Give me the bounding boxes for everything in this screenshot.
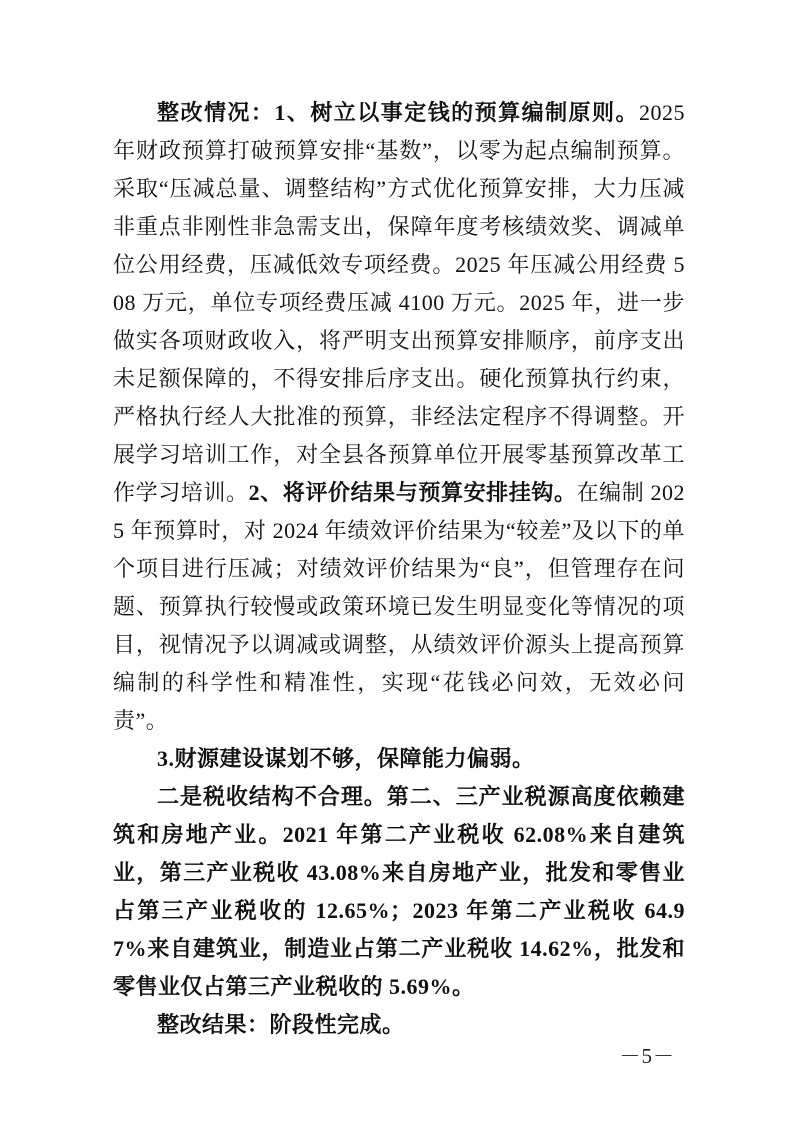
text-run-bold: 整改情况：1、树立以事定钱的预算编制原则。 [157,100,639,125]
text-run-bold: 整改结果：阶段性完成。 [157,1012,405,1037]
paragraph: 整改结果：阶段性完成。 [113,1006,685,1044]
text-run-bold: 2、将评价结果与预算安排挂钩。 [249,480,577,505]
paragraph: 3.财源建设谋划不够，保障能力偏弱。 [113,740,685,778]
text-run-bold: 二是税收结构不合理。第二、三产业税源高度依赖建筑和房地产业。2021 年第二产业… [113,784,685,999]
document-page: 整改情况：1、树立以事定钱的预算编制原则。2025 年财政预算打破预算安排“基数… [0,0,793,1122]
text-run: 2025 年财政预算打破预算安排“基数”，以零为起点编制预算。采取“压减总量、调… [113,100,685,505]
text-run: 在编制 2025 年预算时，对 2024 年绩效评价结果为“较差”及以下的单个项… [113,480,685,733]
paragraph: 二是税收结构不合理。第二、三产业税源高度依赖建筑和房地产业。2021 年第二产业… [113,778,685,1006]
page-number: －5－ [620,1040,676,1070]
text-run-bold: 3.财源建设谋划不够，保障能力偏弱。 [157,746,535,771]
paragraph: 整改情况：1、树立以事定钱的预算编制原则。2025 年财政预算打破预算安排“基数… [113,94,685,740]
document-body: 整改情况：1、树立以事定钱的预算编制原则。2025 年财政预算打破预算安排“基数… [113,94,685,1044]
